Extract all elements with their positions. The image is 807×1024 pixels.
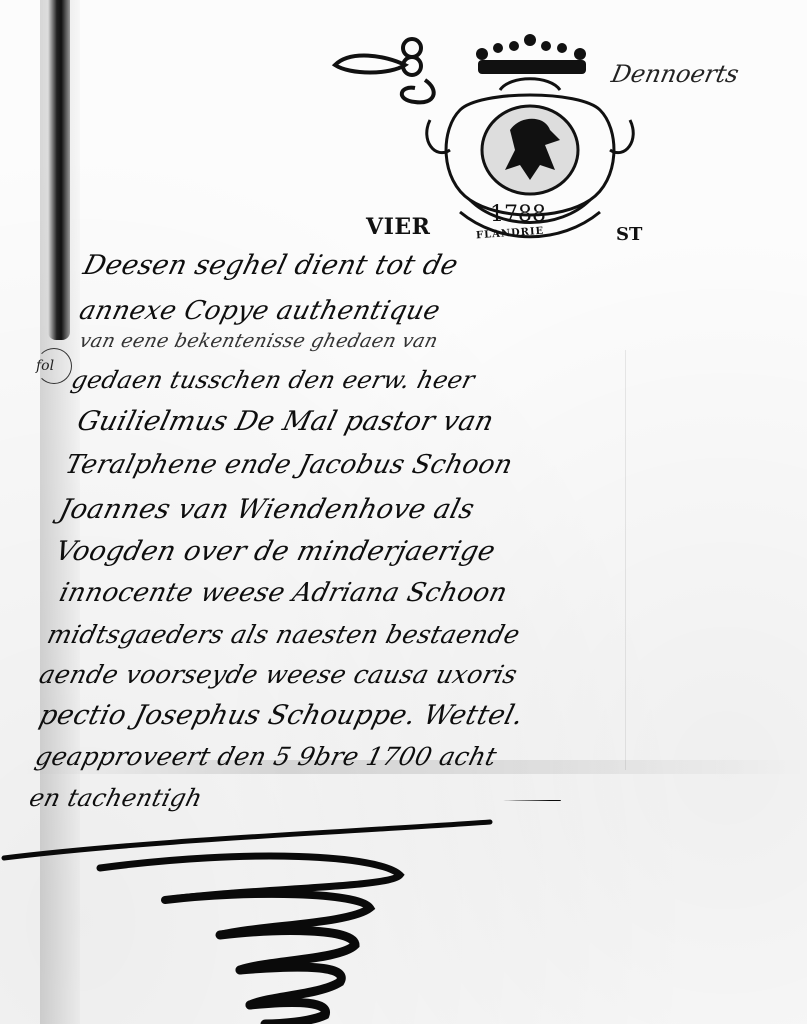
text-line-11: aende voorseyde weese causa uxoris xyxy=(36,660,520,689)
text-line-6: Teralphene ende Jacobus Schoon xyxy=(62,450,515,480)
stamp-value-label: VIER xyxy=(366,214,430,240)
stamp-currency-label: ST xyxy=(616,224,642,245)
margin-note: fol xyxy=(36,358,54,374)
text-line-4: gedaen tusschen den eerw. heer xyxy=(69,366,478,394)
corner-annotation: Dennoerts xyxy=(609,60,741,88)
text-line-1: Deesen seghel dient tot de xyxy=(80,250,461,281)
text-line-2: annexe Copye authentique xyxy=(76,296,443,326)
fold-line xyxy=(625,350,626,770)
tax-stamp: VIER 1788 FLANDRIE ST xyxy=(330,30,650,250)
text-line-12: pectio Josephus Schouppe. Wettel. xyxy=(36,700,527,731)
binding-thread xyxy=(48,0,70,340)
text-line-9: innocente weese Adriana Schoon xyxy=(56,578,510,608)
stamp-year: 1788 xyxy=(490,202,546,227)
text-line-13: geapproveert den 5 9bre 1700 acht xyxy=(32,742,499,771)
document-page: VIER 1788 FLANDRIE ST Dennoerts fol Dees… xyxy=(0,0,807,1024)
text-line-5: Guilielmus De Mal pastor van xyxy=(74,406,497,437)
text-line-10: midtsgaeders als naesten bestaende xyxy=(44,620,523,649)
signature-flourish-icon xyxy=(0,800,807,1024)
text-line-8: Voogden over de minderjaerige xyxy=(52,536,498,567)
text-line-7: Joannes van Wiendenhove als xyxy=(56,494,478,525)
text-line-3: van eene bekentenisse ghedaen van xyxy=(77,330,440,352)
